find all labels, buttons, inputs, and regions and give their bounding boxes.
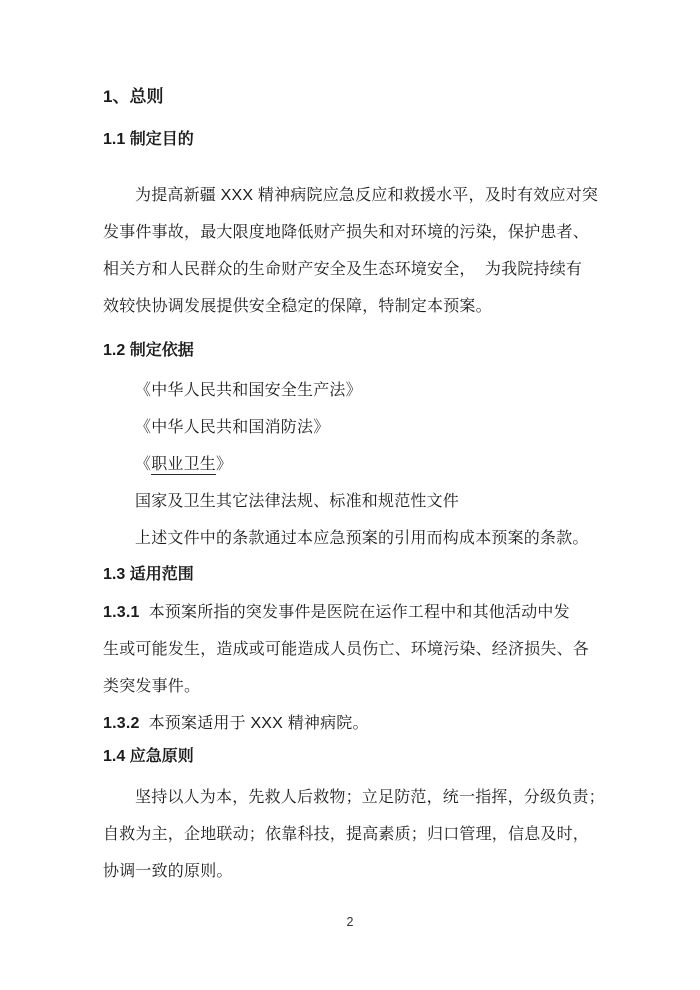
text-line: 相关方和人民群众的生命财产安全及生态环境安全， 为我院持续有 <box>103 251 602 288</box>
paragraph-scope-1: 1.3.1本预案所指的突发事件是医院在运作工程中和其他活动中发 生或可能发生，造… <box>103 594 602 705</box>
text-line: 为提高新疆 XXX 精神病院应急反应和救援水平，及时有效应对突 <box>103 177 602 214</box>
heading-basis: 1.2 制定依据 <box>103 339 602 363</box>
paragraph-basis: 《中华人民共和国安全生产法》 《中华人民共和国消防法》 《职业卫生》 国家及卫生… <box>103 372 602 557</box>
page-number: 2 <box>0 912 700 932</box>
text-line: 自救为主，企地联动；依靠科技，提高素质；归口管理，信息及时， <box>103 816 602 853</box>
text-line: 发事件事故，最大限度地降低财产损失和对环境的污染，保护患者、 <box>103 214 602 251</box>
law-item: 《职业卫生》 <box>103 446 602 483</box>
clause-number: 1.3.2 <box>103 715 140 732</box>
document-page: 1、总则 1.1 制定目的 为提高新疆 XXX 精神病院应急反应和救援水平，及时… <box>0 0 700 990</box>
text-line: 1.3.2本预案适用于 XXX 精神病院。 <box>103 705 602 742</box>
heading-general-rules: 1、总则 <box>103 84 602 110</box>
paragraph-purpose: 为提高新疆 XXX 精神病院应急反应和救援水平，及时有效应对突 发事件事故，最大… <box>103 177 602 325</box>
heading-principles: 1.4 应急原则 <box>103 745 602 769</box>
text-line: 类突发事件。 <box>103 668 602 705</box>
clause-number: 1.3.1 <box>103 604 140 621</box>
text-line: 协调一致的原则。 <box>103 853 602 890</box>
bracket-close: 》 <box>216 456 232 473</box>
paragraph-scope-2: 1.3.2本预案适用于 XXX 精神病院。 <box>103 705 602 742</box>
bracket-open: 《 <box>135 456 151 473</box>
law-item: 《中华人民共和国消防法》 <box>103 409 602 446</box>
text-line: 生或可能发生，造成或可能造成人员伤亡、环境污染、经济损失、各 <box>103 631 602 668</box>
clause-text: 本预案适用于 XXX 精神病院。 <box>149 715 369 732</box>
text-line: 坚持以人为本，先救人后救物；立足防范，统一指挥，分级负责； <box>103 779 602 816</box>
text-line: 1.3.1本预案所指的突发事件是医院在运作工程中和其他活动中发 <box>103 594 602 631</box>
text-line: 上述文件中的条款通过本应急预案的引用而构成本预案的条款。 <box>103 520 602 557</box>
text-line: 效较快协调发展提供安全稳定的保障，特制定本预案。 <box>103 288 602 325</box>
heading-purpose: 1.1 制定目的 <box>103 128 602 152</box>
heading-scope: 1.3 适用范围 <box>103 563 602 587</box>
paragraph-principles: 坚持以人为本，先救人后救物；立足防范，统一指挥，分级负责； 自救为主，企地联动；… <box>103 779 602 890</box>
law-item: 《中华人民共和国安全生产法》 <box>103 372 602 409</box>
underlined-text: 职业卫生 <box>151 456 216 475</box>
text-line: 国家及卫生其它法律法规、标准和规范性文件 <box>103 483 602 520</box>
clause-text: 本预案所指的突发事件是医院在运作工程中和其他活动中发 <box>149 604 570 621</box>
